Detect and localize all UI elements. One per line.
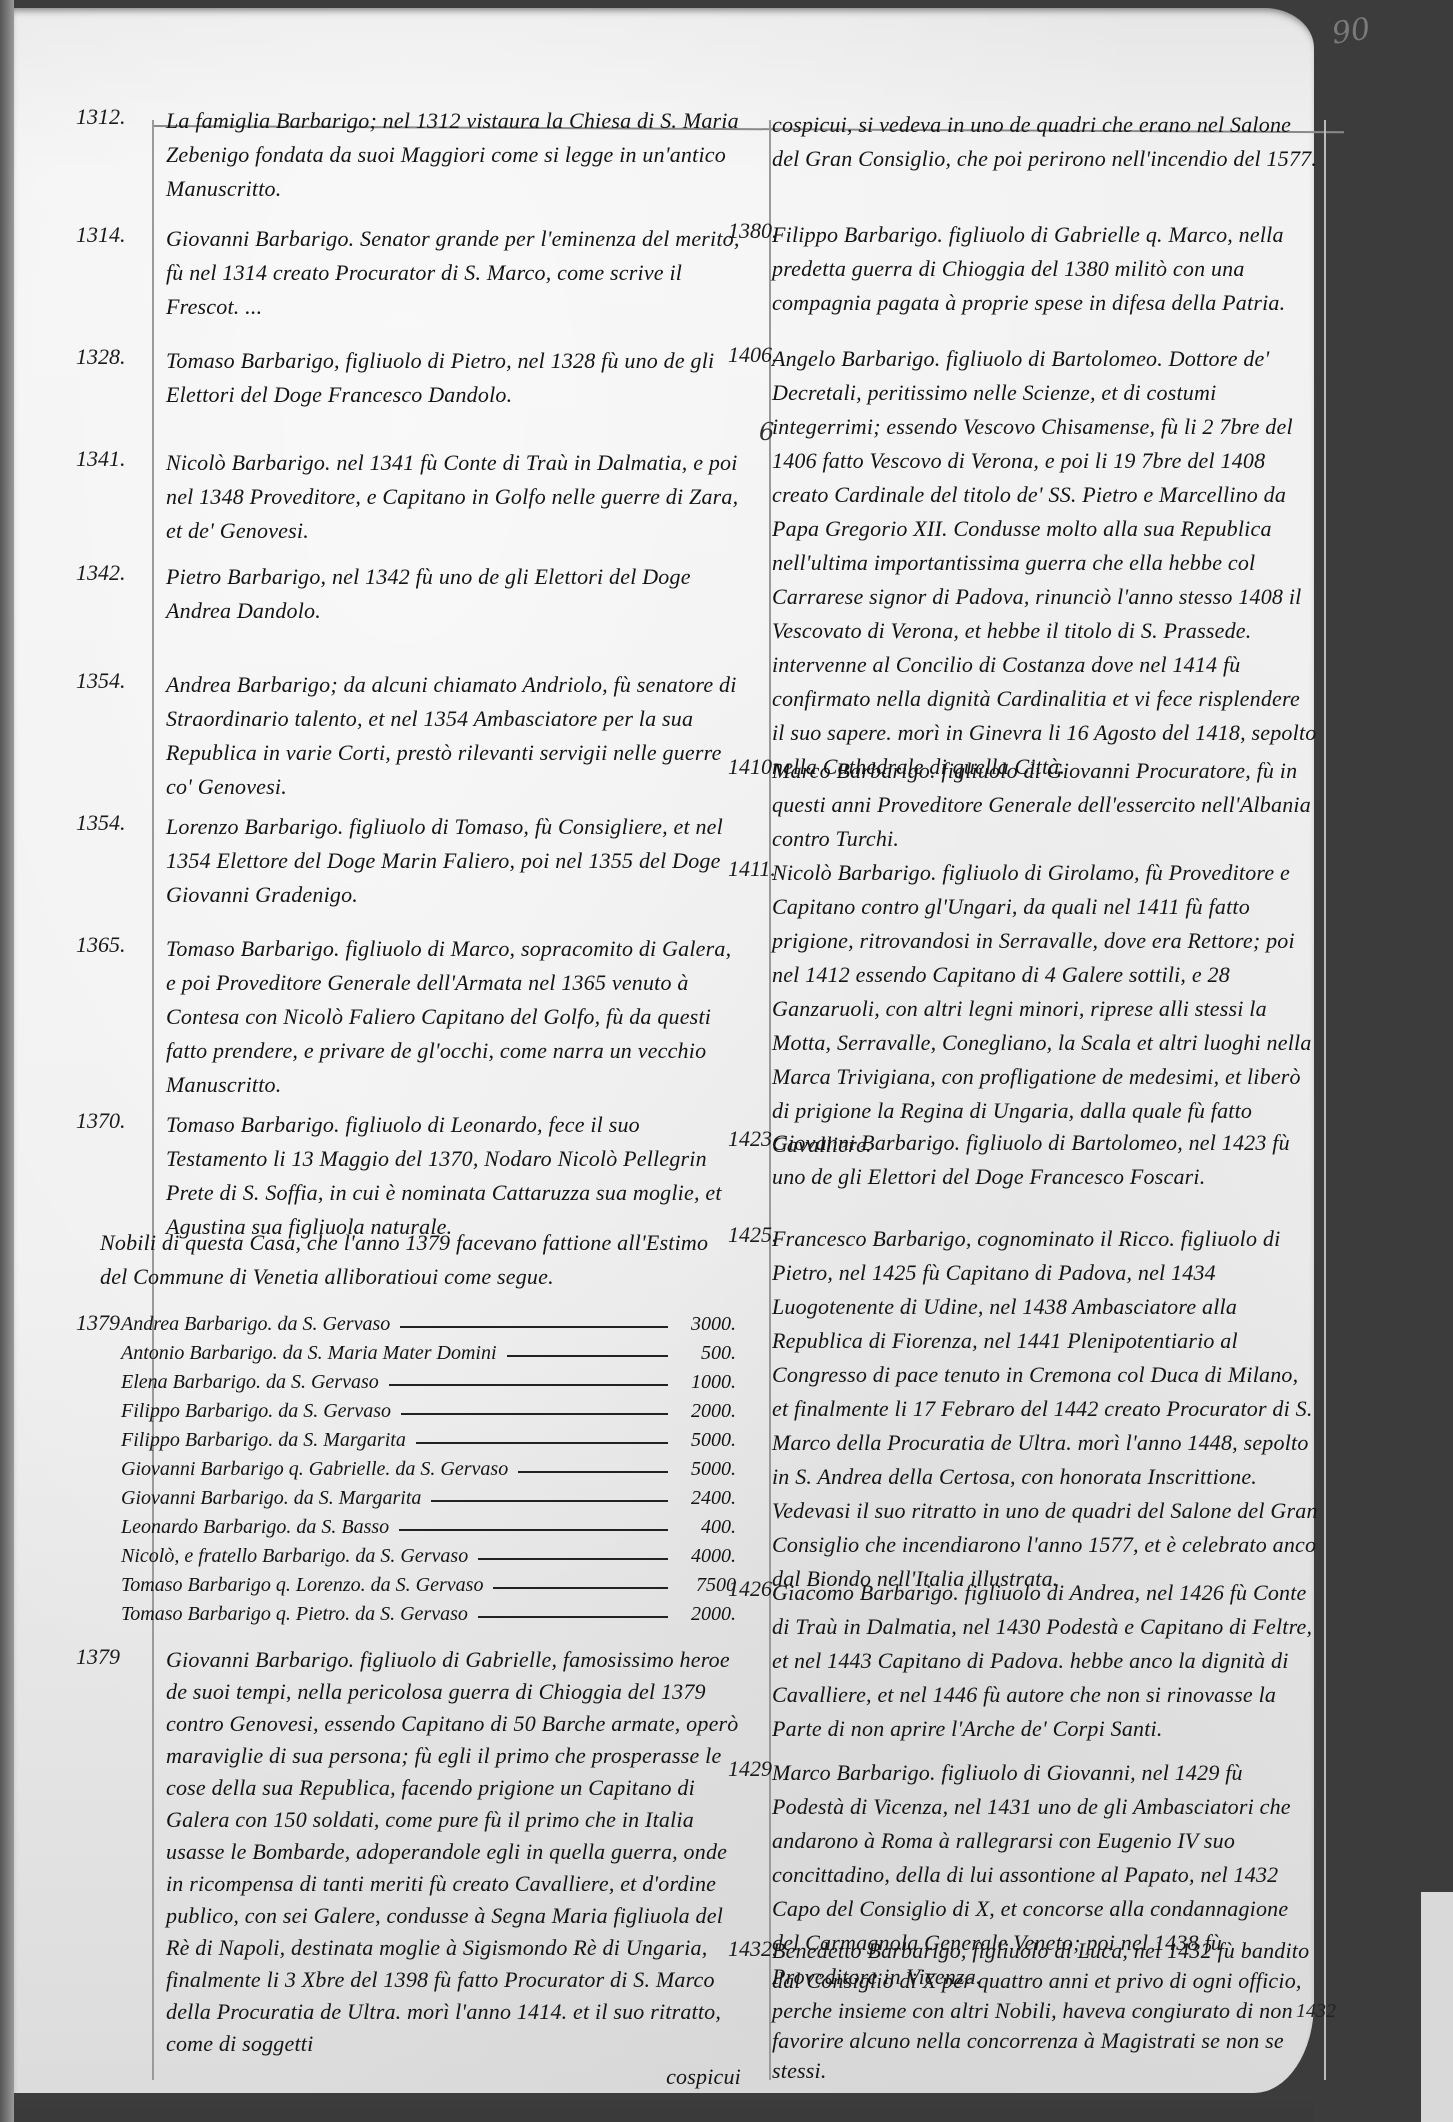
- entry-1432: 1432. Benedetto Barbarigo, figliuolo di …: [730, 1936, 1320, 2086]
- estimo-row: Filippo Barbarigo. da S. Margarita5000.: [76, 1426, 736, 1455]
- entry-1411: 1411. Nicolò Barbarigo. figliuolo di Gir…: [730, 856, 1320, 1162]
- estimo-amount: 7500: [676, 1574, 736, 1597]
- entry-1354-andrea: 1354. Andrea Barbarigo; da alcuni chiama…: [76, 668, 741, 804]
- estimo-name: Antonio Barbarigo. da S. Maria Mater Dom…: [121, 1342, 497, 1365]
- entry-1342: 1342. Pietro Barbarigo, nel 1342 fù uno …: [76, 560, 741, 628]
- estimo-row: Leonardo Barbarigo. da S. Basso400.: [76, 1513, 736, 1542]
- leader-line: [507, 1354, 668, 1357]
- entry-text: Pietro Barbarigo, nel 1342 fù uno de gli…: [166, 560, 741, 628]
- entry-year: 1410.: [728, 754, 778, 780]
- entry-1354-lorenzo: 1354. Lorenzo Barbarigo. figliuolo di To…: [76, 810, 741, 912]
- estimo-amount: 500.: [676, 1342, 736, 1365]
- estimo-amount: 2000.: [676, 1603, 736, 1626]
- estimo-row: Tomaso Barbarigo q. Lorenzo. da S. Gerva…: [76, 1571, 736, 1600]
- catchword: cospicui: [166, 2060, 781, 2094]
- entry-1341: 1341. Nicolò Barbarigo. nel 1341 fù Cont…: [76, 446, 741, 548]
- estimo-row: Andrea Barbarigo. da S. Gervaso3000.: [76, 1310, 736, 1339]
- estimo-amount: 1000.: [676, 1371, 736, 1394]
- estimo-amount: 4000.: [676, 1545, 736, 1568]
- leader-line: [431, 1499, 668, 1502]
- entry-year: 1411.: [728, 856, 776, 882]
- entry-text: Tomaso Barbarigo, figliuolo di Pietro, n…: [166, 344, 741, 412]
- entry-text: Francesco Barbarigo, cognominato il Ricc…: [772, 1222, 1318, 1596]
- estimo-row: Antonio Barbarigo. da S. Maria Mater Dom…: [76, 1339, 736, 1368]
- leader-line: [399, 1528, 668, 1531]
- estimo-heading-text: Nobili di questa Casa, che l'anno 1379 f…: [100, 1226, 740, 1294]
- leader-line: [389, 1383, 668, 1386]
- entry-year: 1426.: [728, 1576, 778, 1602]
- entry-year: 1354.: [76, 810, 126, 836]
- estimo-amount: 400.: [676, 1516, 736, 1539]
- entry-year: 1354.: [76, 668, 126, 694]
- entry-1380: 1380. Filippo Barbarigo. figliuolo di Ga…: [730, 218, 1320, 320]
- estimo-row: Giovanni Barbarigo. da S. Margarita2400.: [76, 1484, 736, 1513]
- entry-1423: 1423. Giovanni Barbarigo. figliuolo di B…: [730, 1126, 1320, 1194]
- estimo-amount: 5000.: [676, 1429, 736, 1452]
- entry-year: 1328.: [76, 344, 126, 370]
- entry-year: 1370.: [76, 1108, 126, 1134]
- leader-line: [400, 1325, 668, 1328]
- leader-line: [478, 1557, 668, 1560]
- entry-text: Andrea Barbarigo; da alcuni chiamato And…: [166, 668, 741, 804]
- leader-line: [401, 1412, 668, 1415]
- entry-text: cospicui, si vedeva in uno de quadri che…: [772, 108, 1318, 176]
- estimo-row: Elena Barbarigo. da S. Gervaso1000.: [76, 1368, 736, 1397]
- estimo-row: Tomaso Barbarigo q. Pietro. da S. Gervas…: [76, 1600, 736, 1629]
- entry-year: 1341.: [76, 446, 126, 472]
- entry-1406: 1406. Angelo Barbarigo. figliuolo di Bar…: [730, 342, 1320, 784]
- right-margin-rule: [1324, 120, 1326, 2080]
- entry-text: Marco Barbarigo. figliuolo di Giovanni P…: [772, 754, 1318, 856]
- entry-1379-giovanni: 1379 Giovanni Barbarigo. figliuolo di Ga…: [76, 1644, 741, 2094]
- entry-year: 1406.: [728, 342, 778, 368]
- bottom-edge-shadow: [14, 2096, 1314, 2122]
- continuation-text: cospicui, si vedeva in uno de quadri che…: [730, 108, 1320, 176]
- leader-line: [478, 1615, 668, 1618]
- entry-year: 1429: [728, 1756, 772, 1782]
- estimo-amount: 5000.: [676, 1458, 736, 1481]
- estimo-name: Filippo Barbarigo. da S. Margarita: [121, 1429, 406, 1452]
- estimo-name: Leonardo Barbarigo. da S. Basso: [121, 1516, 389, 1539]
- entry-1328: 1328. Tomaso Barbarigo, figliuolo di Pie…: [76, 344, 741, 412]
- entry-text: La famiglia Barbarigo; nel 1312 vistaura…: [166, 104, 741, 206]
- entry-text: Tomaso Barbarigo. figliuolo di Leonardo,…: [166, 1108, 741, 1244]
- entry-year: 1312.: [76, 104, 126, 130]
- estimo-row: Nicolò, e fratello Barbarigo. da S. Gerv…: [76, 1542, 736, 1571]
- entry-year: 1379: [76, 1644, 120, 1670]
- estimo-year: 1379: [76, 1310, 120, 1336]
- entry-1312: 1312. La famiglia Barbarigo; nel 1312 vi…: [76, 104, 741, 206]
- entry-year: 1342.: [76, 560, 126, 586]
- estimo-name: Tomaso Barbarigo q. Lorenzo. da S. Gerva…: [121, 1574, 483, 1597]
- entry-1365: 1365. Tomaso Barbarigo. figliuolo di Mar…: [76, 932, 741, 1102]
- paper-scrap: [1421, 1892, 1453, 2122]
- entry-text: Giovanni Barbarigo. figliuolo di Gabriel…: [166, 1644, 741, 2060]
- leader-line: [493, 1586, 668, 1589]
- entry-text: Filippo Barbarigo. figliuolo di Gabriell…: [772, 218, 1318, 320]
- folio-number: 90: [1330, 12, 1373, 52]
- entry-text: Giovanni Barbarigo. Senator grande per l…: [166, 222, 741, 324]
- estimo-name: Tomaso Barbarigo q. Pietro. da S. Gervas…: [121, 1603, 468, 1626]
- estimo-amount: 2400.: [676, 1487, 736, 1510]
- entry-year: 1380.: [728, 218, 778, 244]
- entry-text: Benedetto Barbarigo, figliuolo di Luca, …: [772, 1936, 1318, 2086]
- entry-year: 1432.: [728, 1936, 778, 1962]
- bottom-catchword-year: 1432: [1296, 2000, 1336, 2023]
- estimo-name: Nicolò, e fratello Barbarigo. da S. Gerv…: [121, 1545, 468, 1568]
- entry-year: 1425.: [728, 1222, 778, 1248]
- entry-text: Angelo Barbarigo. figliuolo di Bartolome…: [772, 342, 1318, 784]
- estimo-name: Andrea Barbarigo. da S. Gervaso: [121, 1313, 390, 1336]
- estimo-name: Giovanni Barbarigo q. Gabrielle. da S. G…: [121, 1458, 508, 1481]
- entry-year: 1423.: [728, 1126, 778, 1152]
- entry-1314: 1314. Giovanni Barbarigo. Senator grande…: [76, 222, 741, 324]
- entry-year: 1314.: [76, 222, 126, 248]
- entry-text: Lorenzo Barbarigo. figliuolo di Tomaso, …: [166, 810, 741, 912]
- estimo-amount: 3000.: [676, 1313, 736, 1336]
- entry-1410: 1410. Marco Barbarigo. figliuolo di Giov…: [730, 754, 1320, 856]
- entry-1426: 1426. Giacomo Barbarigo. figliuolo di An…: [730, 1576, 1320, 1746]
- estimo-amount: 2000.: [676, 1400, 736, 1423]
- entry-year: 1365.: [76, 932, 126, 958]
- entry-text: Giacomo Barbarigo. figliuolo di Andrea, …: [772, 1576, 1318, 1746]
- entry-1425: 1425. Francesco Barbarigo, cognominato i…: [730, 1222, 1320, 1596]
- estimo-name: Elena Barbarigo. da S. Gervaso: [121, 1371, 379, 1394]
- entry-text: Tomaso Barbarigo. figliuolo di Marco, so…: [166, 932, 741, 1102]
- leader-line: [518, 1470, 668, 1473]
- estimo-row: Giovanni Barbarigo q. Gabrielle. da S. G…: [76, 1455, 736, 1484]
- estimo-row: Filippo Barbarigo. da S. Gervaso2000.: [76, 1397, 736, 1426]
- entry-text: Nicolò Barbarigo. nel 1341 fù Conte di T…: [166, 446, 741, 548]
- entry-text: Nicolò Barbarigo. figliuolo di Girolamo,…: [772, 856, 1318, 1162]
- estimo-name: Giovanni Barbarigo. da S. Margarita: [121, 1487, 421, 1510]
- leader-line: [416, 1441, 668, 1444]
- estimo-table: 1379 Andrea Barbarigo. da S. Gervaso3000…: [76, 1310, 736, 1629]
- estimo-name: Filippo Barbarigo. da S. Gervaso: [121, 1400, 391, 1423]
- entry-text: Giovanni Barbarigo. figliuolo di Bartolo…: [772, 1126, 1318, 1194]
- estimo-heading: Nobili di questa Casa, che l'anno 1379 f…: [100, 1226, 760, 1294]
- book-spine: [0, 0, 14, 2122]
- entry-1370: 1370. Tomaso Barbarigo. figliuolo di Leo…: [76, 1108, 741, 1244]
